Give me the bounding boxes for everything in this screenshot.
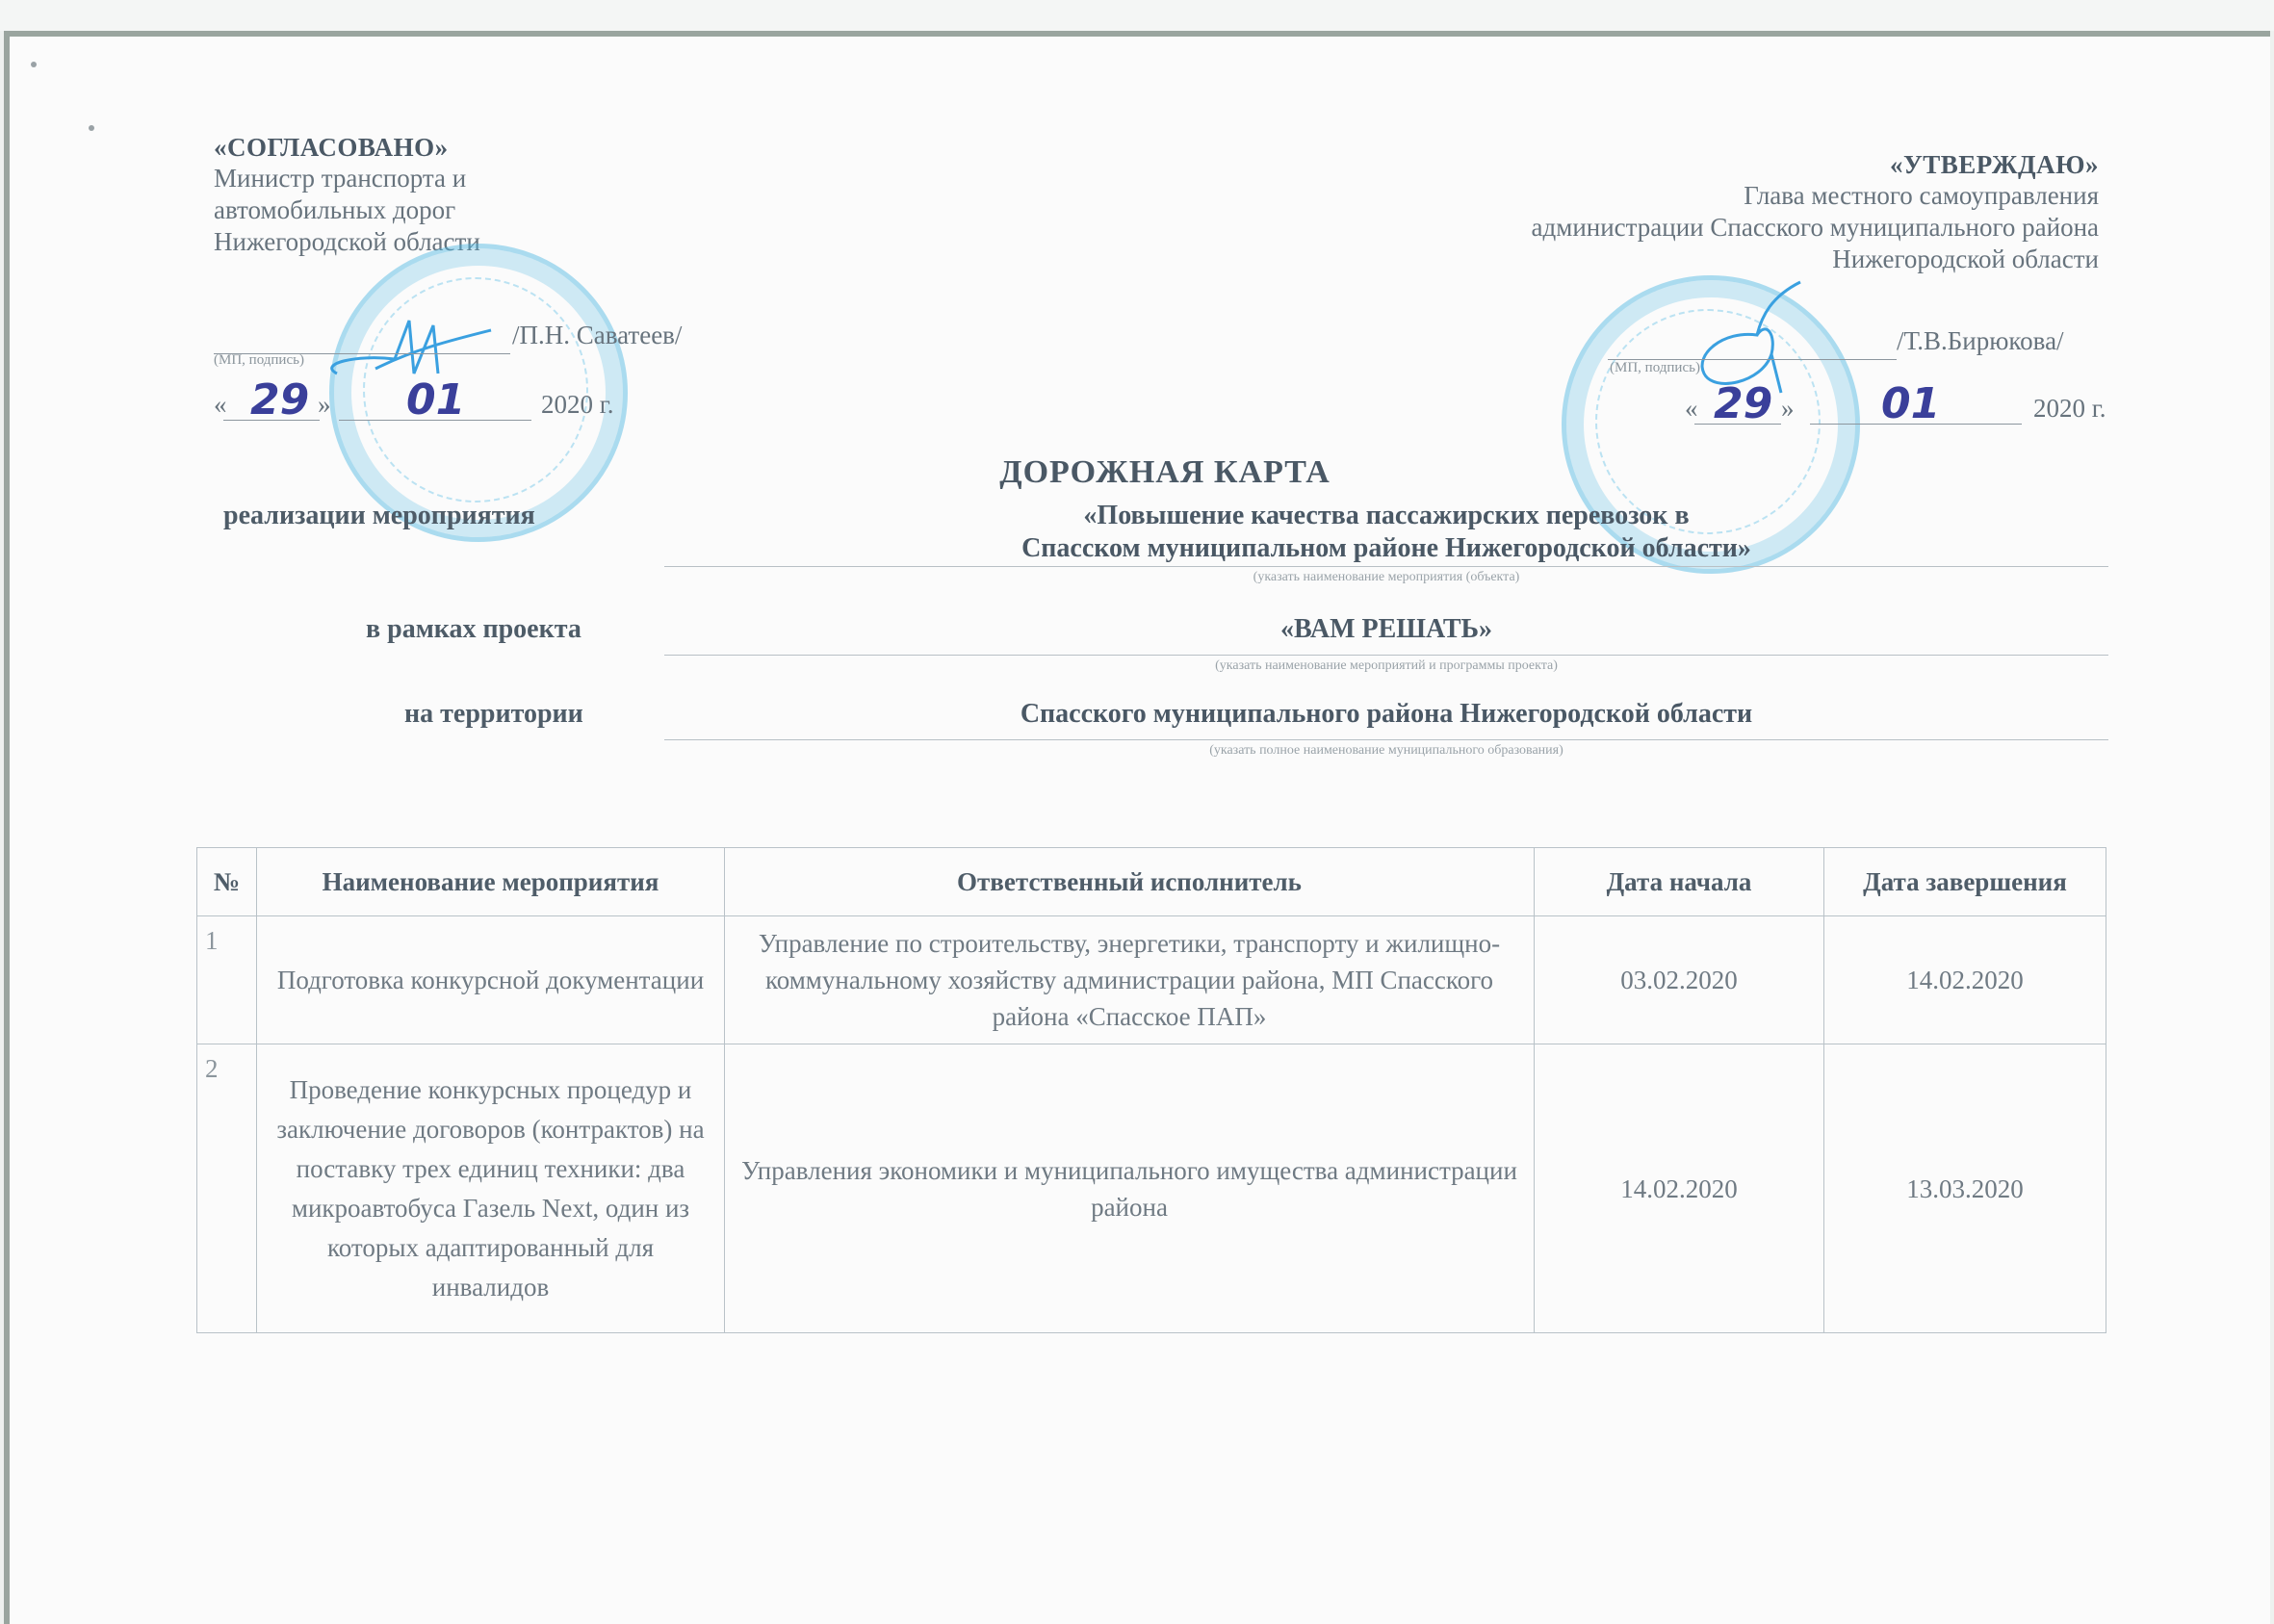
table-row: 1 Подготовка конкурсной документации Упр… [197,916,2106,1044]
row-event-name: Проведение конкурсных процедур и заключе… [257,1044,725,1333]
date-day-line [1694,424,1781,425]
row-start-date: 03.02.2020 [1535,916,1824,1044]
approval-right-block: «УТВЕРЖДАЮ» Глава местного самоуправлени… [1232,150,2099,275]
row-start-date: 14.02.2020 [1535,1044,1824,1333]
territory-rule [664,739,2108,740]
date-quote-close: » [318,389,331,421]
signature-caption: (МП, подпись) [1610,360,1700,376]
approval-right-position-line: администрации Спасского муниципального р… [1232,212,2099,244]
date-month-line [1810,424,2022,425]
approval-right-heading: «УТВЕРЖДАЮ» [1232,150,2099,180]
approval-right-position-line: Глава местного самоуправления [1232,180,2099,212]
scan-speck [31,62,37,67]
col-header-start-date: Дата начала [1535,848,1824,916]
project-label: в рамках проекта [366,614,581,645]
document-page: «СОГЛАСОВАНО» Министр транспорта и автом… [4,31,2270,1624]
scan-speck [89,125,94,131]
approval-left-signatory: /П.Н. Саватеев/ [512,320,682,351]
date-day-handwritten: 29 [1714,379,1772,428]
scan-margin [0,0,2274,31]
row-executor: Управление по строительству, энергетики,… [725,916,1535,1044]
date-day-handwritten: 29 [250,375,309,425]
col-header-end-date: Дата завершения [1824,848,2106,916]
date-quote-close: » [1781,393,1795,425]
col-header-event-name: Наименование мероприятия [257,848,725,916]
event-label: реализации мероприятия [223,501,535,531]
territory-label: на территории [404,699,583,730]
project-hint: (указать наименование мероприятий и прог… [664,658,2108,674]
row-number: 2 [197,1044,257,1333]
date-quote-open: « [1685,393,1698,425]
project-name: «ВАМ РЕШАТЬ» [664,614,2108,645]
approval-left-position-line: автомобильных дорог [214,194,480,226]
table-header-row: № Наименование мероприятия Ответственный… [197,848,2106,916]
signature-caption: (МП, подпись) [214,352,304,369]
approval-left-date: « 29 » 01 2020 г. [214,375,618,424]
territory-name: Спасского муниципального района Нижегоро… [664,699,2108,730]
approval-right-signatory: /Т.В.Бирюкова/ [1897,325,2064,357]
event-hint: (указать наименование мероприятия (объек… [664,570,2108,585]
approval-left-position-line: Министр транспорта и [214,163,480,194]
date-month-handwritten: 01 [1881,379,1940,428]
territory-hint: (указать полное наименование муниципальн… [664,743,2108,759]
date-year: 2020 г. [541,389,614,421]
event-rule [664,566,2108,567]
project-rule [664,655,2108,656]
row-executor: Управления экономики и муниципального им… [725,1044,1535,1333]
approval-left-heading: «СОГЛАСОВАНО» [214,133,480,163]
row-end-date: 13.03.2020 [1824,1044,2106,1333]
row-number: 1 [197,916,257,1044]
document-title: ДОРОЖНАЯ КАРТА [10,454,2274,491]
row-end-date: 14.02.2020 [1824,916,2106,1044]
approval-right-position-line: Нижегородской области [1232,244,2099,275]
date-quote-open: « [214,389,227,421]
event-name-line2: Спасском муниципальном районе Нижегородс… [664,533,2108,564]
date-year: 2020 г. [2033,393,2106,425]
event-name-line1: «Повышение качества пассажирских перевоз… [664,501,2108,531]
date-day-line [223,420,320,421]
row-event-name: Подготовка конкурсной документации [257,916,725,1044]
approval-right-date: « 29 » 01 2020 г. [1685,379,2108,427]
date-month-handwritten: 01 [406,375,465,425]
table-row: 2 Проведение конкурсных процедур и заклю… [197,1044,2106,1333]
roadmap-table: № Наименование мероприятия Ответственный… [196,847,2106,1333]
approval-left-block: «СОГЛАСОВАНО» Министр транспорта и автом… [214,133,480,258]
col-header-number: № [197,848,257,916]
date-month-line [339,420,531,421]
col-header-executor: Ответственный исполнитель [725,848,1535,916]
